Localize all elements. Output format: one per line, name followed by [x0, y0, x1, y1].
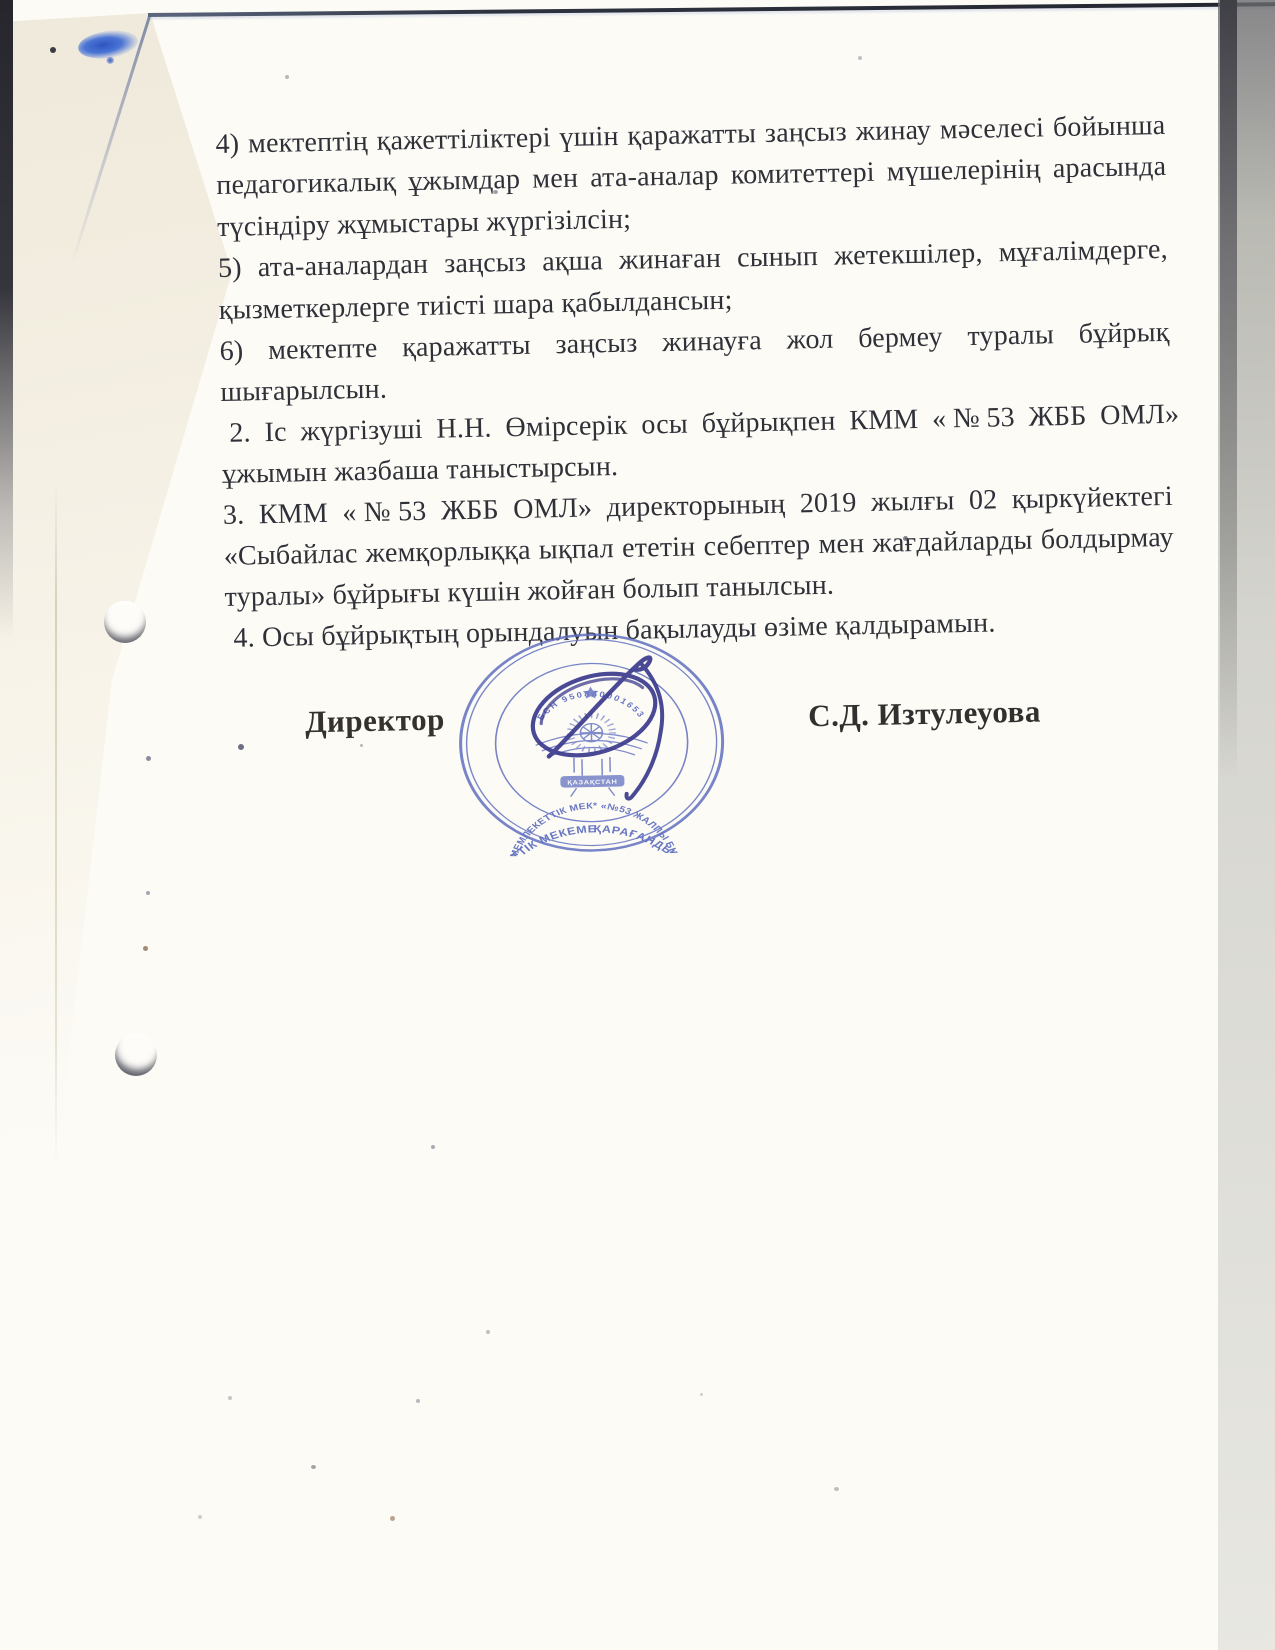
noise-speck — [700, 1393, 703, 1396]
noise-speck — [228, 1396, 232, 1400]
scanned-document: 4) мектептің қажеттіліктері үшін қаражат… — [0, 0, 1275, 1650]
noise-speck — [311, 1465, 316, 1469]
noise-speck — [416, 1399, 420, 1403]
noise-speck — [834, 1487, 839, 1491]
page-top-edge — [148, 2, 1275, 17]
scan-right-edge-dark — [1220, 0, 1237, 780]
director-signature-icon — [520, 642, 706, 926]
noise-speck — [50, 47, 56, 53]
noise-speck — [390, 1516, 395, 1521]
noise-speck — [285, 75, 289, 79]
punch-hole-bottom — [115, 1034, 157, 1076]
noise-speck — [198, 1515, 202, 1519]
scan-left-edge — [0, 0, 13, 640]
director-label: Директор — [305, 702, 445, 741]
noise-speck — [143, 946, 148, 951]
noise-speck — [146, 756, 151, 761]
punch-hole-top — [104, 601, 146, 643]
fold-line — [55, 480, 57, 1170]
signer-name: С.Д. Изтулеуова — [808, 694, 1041, 735]
noise-speck — [486, 1330, 490, 1334]
document-content: 4) мектептің қажеттіліктері үшін қаражат… — [215, 99, 1197, 1218]
noise-speck — [146, 891, 150, 895]
noise-speck — [858, 56, 862, 60]
